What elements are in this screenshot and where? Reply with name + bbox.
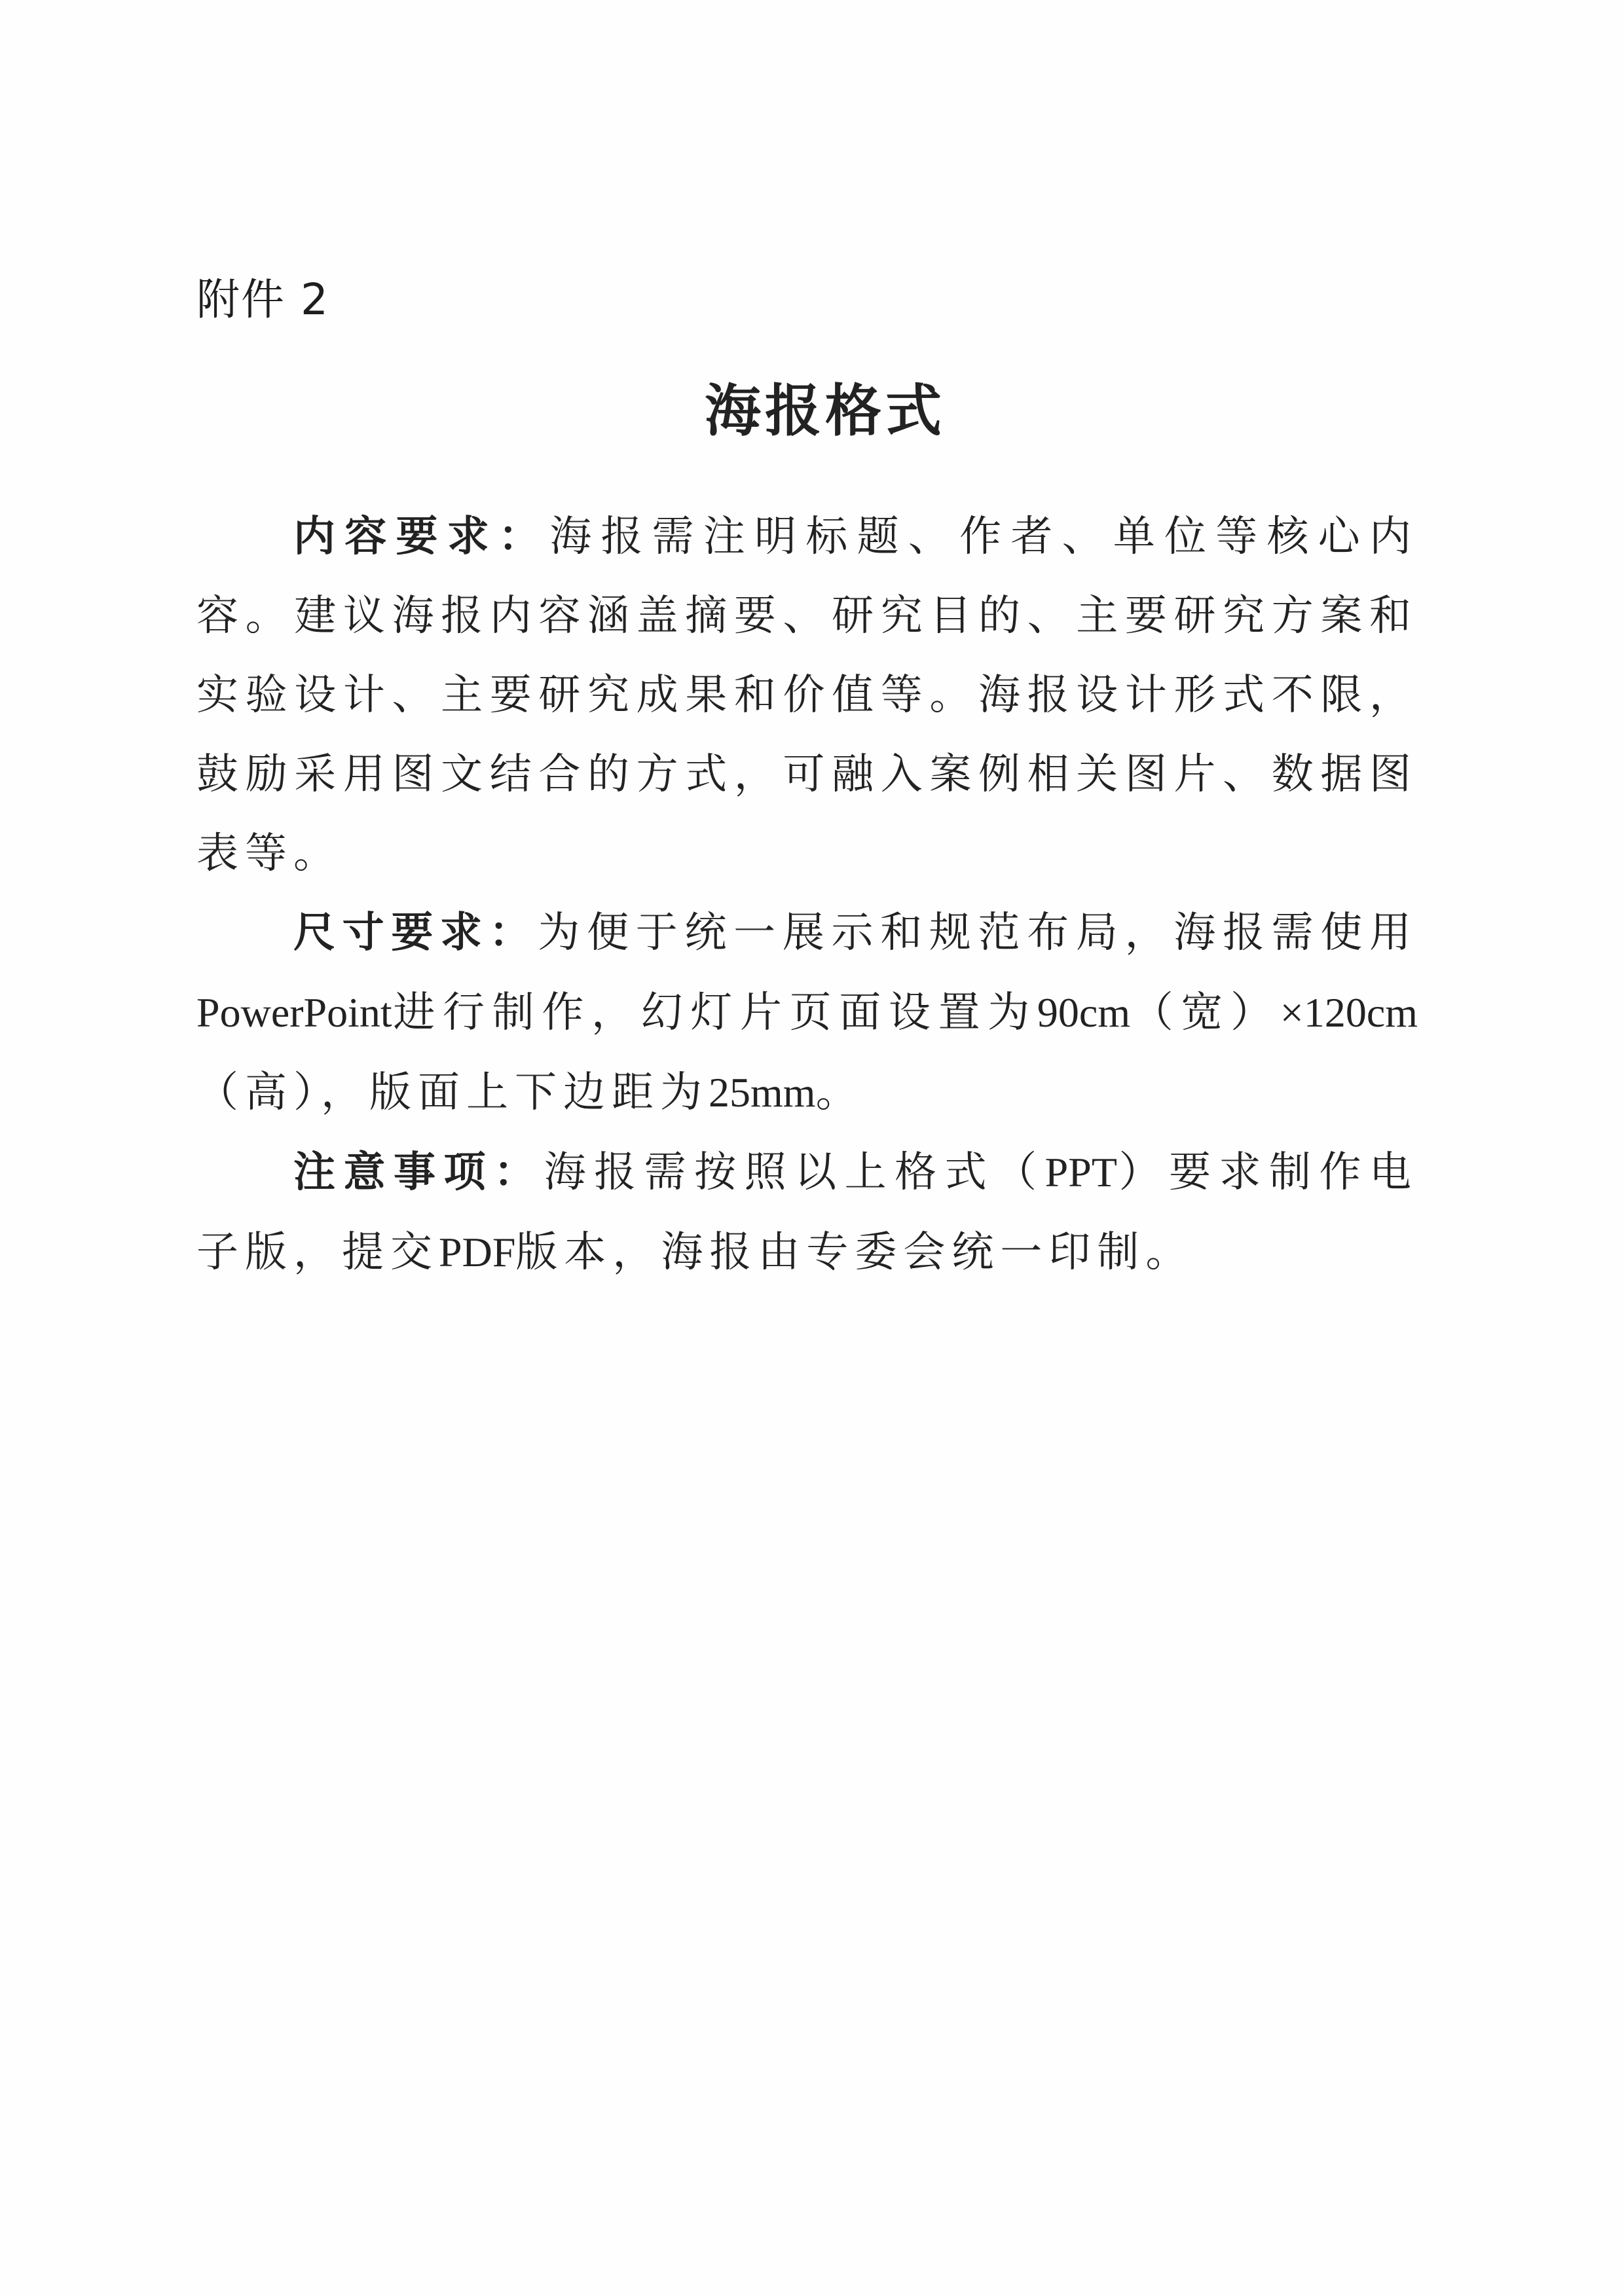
software-name: PowerPoint [196, 989, 392, 1036]
document-page: 附件 2 海报格式 内容要求：海报需注明标题、作者、单位等核心内容。建议海报内容… [0, 0, 1624, 2296]
width-value: 90cm [1037, 989, 1130, 1036]
section-text: （宽） [1130, 989, 1280, 1037]
section-notes: 注意事项：海报需按照以上格式（PPT）要求制作电子版，提交PDF版本，海报由专委… [196, 1133, 1418, 1292]
section-text: （高），版面上下边距为 [196, 1068, 709, 1117]
format-pdf: PDF [439, 1229, 515, 1275]
section-text: 海报需按照以上格式（ [544, 1148, 1045, 1197]
height-value: ×120cm [1280, 989, 1418, 1036]
section-heading: 内容要求： [293, 513, 549, 561]
margin-value: 25mm [709, 1069, 816, 1116]
section-text: 。 [816, 1068, 864, 1117]
section-content-requirements: 内容要求：海报需注明标题、作者、单位等核心内容。建议海报内容涵盖摘要、研究目的、… [196, 498, 1418, 894]
section-heading: 尺寸要求： [293, 909, 538, 957]
page-title: 海报格式 [0, 378, 1624, 444]
section-text: 为便于统一展示和规范布局，海报需使用 [538, 909, 1418, 957]
section-heading: 注意事项： [293, 1148, 544, 1197]
attachment-label: 附件 2 [196, 274, 329, 326]
format-ppt: PPT [1045, 1149, 1117, 1195]
section-text: 进行制作，幻灯片页面设置为 [392, 989, 1037, 1037]
section-text: 版本，海报由专委会统一印制。 [515, 1228, 1194, 1277]
section-text: 海报需注明标题、作者、单位等核心内容。建议海报内容涵盖摘要、研究目的、主要研究方… [196, 513, 1418, 878]
document-body: 内容要求：海报需注明标题、作者、单位等核心内容。建议海报内容涵盖摘要、研究目的、… [196, 498, 1418, 1292]
section-size-requirements: 尺寸要求：为便于统一展示和规范布局，海报需使用PowerPoint进行制作，幻灯… [196, 894, 1418, 1133]
